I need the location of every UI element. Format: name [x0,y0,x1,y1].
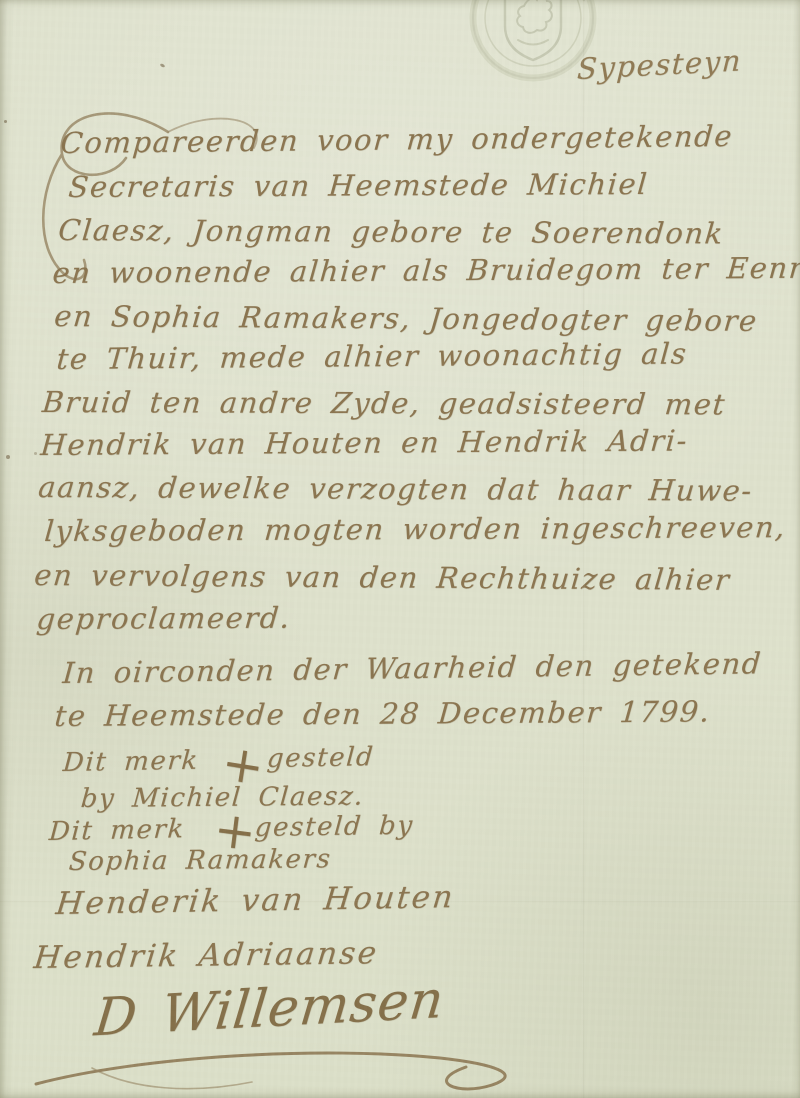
bride-mark-right: gesteld by [254,811,415,843]
manuscript-line-1: Compareerden voor my ondergetekende [59,119,734,160]
attestation-line-1: In oirconden der Waarheid den getekend [62,646,764,690]
manuscript-line-3: Claesz, Jongman gebore te Soerendonk [57,213,726,250]
groom-mark-right: gesteld [266,742,375,774]
ink-speck [160,63,166,68]
ink-speck [34,452,37,455]
manuscript-line-5: en Sophia Ramakers, Jongedogter gebore [53,299,760,338]
bride-mark-left: Dit merk [48,814,186,847]
ink-speck [4,120,7,123]
manuscript-line-10: lyksgeboden mogten worden ingeschreeven, [43,510,787,548]
manuscript-line-6: te Thuir, mede alhier woonachtig als [55,336,689,376]
manuscript-line-8: Hendrik van Houten en Hendrik Adri- [39,423,689,462]
witness-signature-2: Hendrik Adriaanse [32,935,380,976]
manuscript-line-11: en vervolgens van den Rechthuize alhier [33,558,732,597]
vertical-fold-crease [582,0,585,1098]
manuscript-line-4: en woonende alhier als Bruidegom ter Een… [51,251,800,290]
manuscript-line-9: aansz, dewelke verzogten dat haar Huwe- [37,470,755,508]
archivist-note: Sypesteyn [576,43,743,86]
manuscript-line-12: geproclameerd. [35,601,292,636]
manuscript-line-7: Bruid ten andre Zyde, geadsisteerd met [41,385,728,421]
attestation-line-2: te Heemstede den 28 December 1799. [53,694,712,733]
manuscript-page: S E G E L D E Sypesteyn Compareerden voo… [0,0,800,1098]
bride-mark-name: Sophia Ramakers [68,844,333,877]
ink-speck [6,455,10,459]
secretary-signature: D Willemsen [92,970,448,1049]
signature-flourish [22,1038,552,1098]
manuscript-line-2: Secretaris van Heemstede Michiel [67,167,649,204]
horizontal-fold-crease [0,900,800,903]
groom-mark-left: Dit merk [62,746,200,778]
